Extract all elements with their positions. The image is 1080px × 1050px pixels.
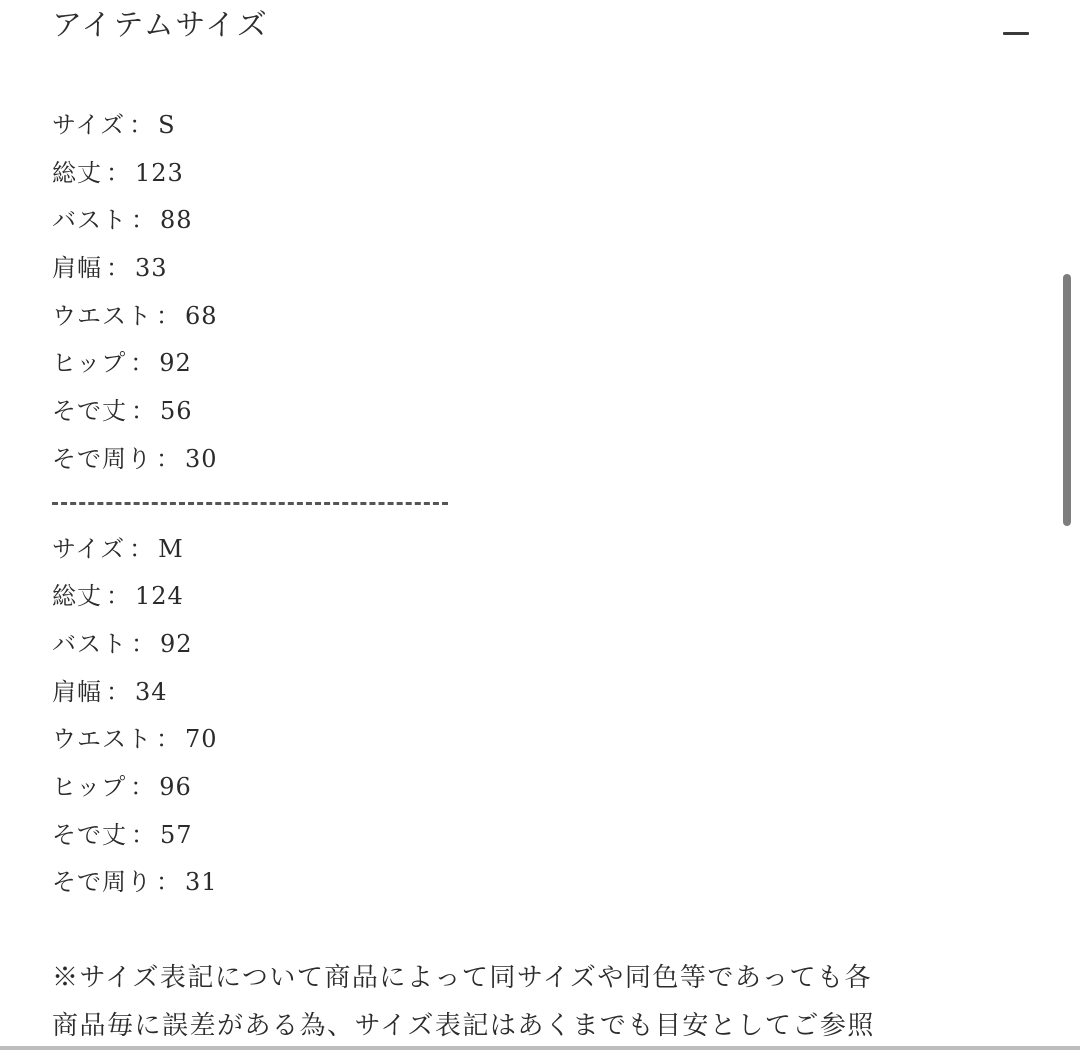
- size-label: サイズ: [52, 111, 125, 139]
- sleeve-circumference-row: そで周り：30: [52, 436, 1012, 484]
- size-block-m: サイズ：M 総丈：124 バスト：92 肩幅：34 ウエスト：70 ヒップ：96…: [52, 526, 1012, 908]
- sleeve-length-row: そで丈：57: [52, 812, 1012, 860]
- hip-row: ヒップ：92: [52, 340, 1012, 388]
- waist-row: ウエスト：68: [52, 293, 1012, 341]
- bust-row: バスト：92: [52, 621, 1012, 669]
- scrollbar-thumb[interactable]: [1063, 274, 1071, 526]
- shoulder-width-row: 肩幅：34: [52, 669, 1012, 717]
- bust-row: バスト：88: [52, 197, 1012, 245]
- shoulder-width-row: 肩幅：33: [52, 245, 1012, 293]
- note-line-2: 商品毎に誤差がある為、サイズ表記はあくまでも目安としてご参照: [52, 1002, 1012, 1050]
- hip-row: ヒップ：96: [52, 764, 1012, 812]
- size-row: サイズ：S: [52, 102, 1012, 150]
- size-value: M: [158, 535, 184, 563]
- collapse-button[interactable]: [1000, 22, 1034, 46]
- section-header: アイテムサイズ: [0, 0, 1080, 60]
- section-title: アイテムサイズ: [52, 6, 269, 46]
- size-block-s: サイズ：S 総丈：123 バスト：88 肩幅：33 ウエスト：68 ヒップ：92…: [52, 102, 1012, 484]
- size-disclaimer-note: ※サイズ表記について商品によって同サイズや同色等であっても各 商品毎に誤差がある…: [52, 954, 1012, 1050]
- size-label: サイズ: [52, 535, 125, 563]
- size-details: サイズ：S 総丈：123 バスト：88 肩幅：33 ウエスト：68 ヒップ：92…: [52, 102, 1012, 907]
- total-length-row: 総丈：123: [52, 150, 1012, 198]
- sleeve-length-row: そで丈：56: [52, 388, 1012, 436]
- sleeve-circumference-row: そで周り：31: [52, 859, 1012, 907]
- bottom-border: [0, 1046, 1080, 1050]
- total-length-row: 総丈：124: [52, 573, 1012, 621]
- size-value: S: [158, 111, 175, 139]
- note-line-1: ※サイズ表記について商品によって同サイズや同色等であっても各: [52, 954, 1012, 1002]
- dashed-divider: [52, 490, 1012, 518]
- size-row: サイズ：M: [52, 526, 1012, 574]
- waist-row: ウエスト：70: [52, 716, 1012, 764]
- minus-icon: [1003, 32, 1029, 35]
